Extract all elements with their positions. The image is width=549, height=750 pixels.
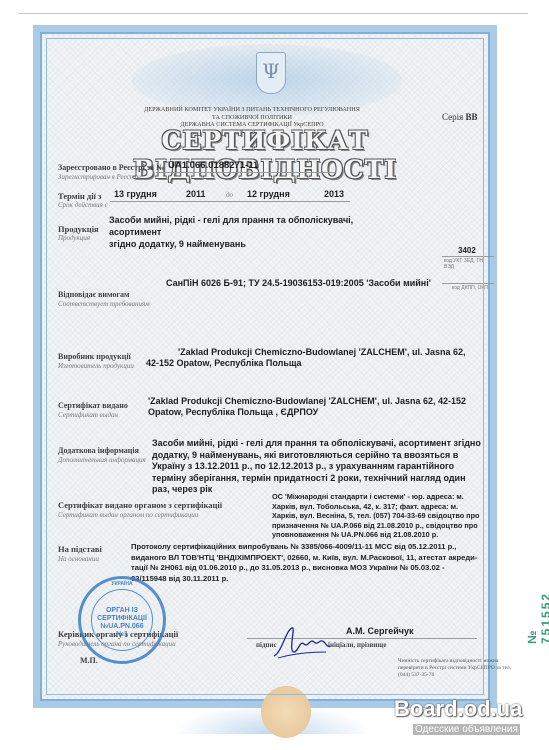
- registry-label-ru: Зарегистрирован в Реестре: [58, 173, 141, 181]
- issued-to-line-2: Opatow, Республіка Польща , ЄДРПОУ: [148, 407, 498, 418]
- additional-info-line: терміну зберігання, термін придатності 2…: [152, 473, 492, 485]
- issued-to-value: 'Zaklad Produkcji Chemiczno-Budowlanej '…: [148, 396, 498, 418]
- product-line-2: згідно додатку, 9 найменувань: [109, 238, 389, 250]
- watermark-title: Board.od.ua: [394, 696, 522, 722]
- basis-label: На підставі: [58, 544, 102, 554]
- certificate-title: СЕРТИФІКАТ ВІДПОВІДНОСТІ: [42, 126, 488, 184]
- validity-from-day: 13 грудня: [114, 189, 157, 200]
- code2-underline: [442, 283, 494, 284]
- validity-to-label: до: [226, 191, 233, 199]
- validity-label-ru: Срок действия с: [58, 201, 108, 209]
- signature-caption: підпис: [256, 641, 277, 649]
- basis-value: Протоколу сертифікаційних випробувань № …: [131, 542, 501, 584]
- stamp-line: №UA.PN.066: [81, 623, 163, 631]
- signature-underline: [247, 638, 477, 639]
- cert-body-line: Харків, вул. Весніна, 5, тел. (057) 704-…: [272, 511, 492, 521]
- org-line-3: ДЕРЖАВНА СИСТЕМА СЕРТИФІКАЦІЇ УкрСЕПРО: [92, 121, 412, 129]
- validity-label: Термін дії з: [58, 191, 101, 201]
- requirements-label: Відповідає вимогам: [58, 290, 129, 299]
- cert-body-line: призначення № UA.P.066 від 21.08.2010 р.…: [272, 521, 492, 531]
- verification-note: Чинність сертифіката відповідності можна…: [398, 658, 518, 679]
- series-label: Серія: [442, 112, 463, 122]
- manufacturer-label: Виробник продукції: [58, 352, 131, 361]
- product-code-caption: код УКТ ЗЕД, ТН ВЭД: [444, 258, 488, 270]
- requirements-value: СанПіН 6026 Б-91; ТУ 24.5-19036153-019:2…: [166, 278, 431, 289]
- registry-label: Зареєстровано в Реєстрі за №: [58, 163, 164, 172]
- manufacturer-line-1: 'Zaklad Produkcji Chemiczno-Budowlanej '…: [146, 347, 496, 358]
- basis-line: Протоколу сертифікаційних випробувань № …: [131, 542, 501, 553]
- basis-line: 03/115948 від 30.11.2011 р.: [131, 574, 501, 585]
- validity-underline: [110, 201, 350, 202]
- validity-to-day: 12 грудня: [247, 189, 290, 200]
- hologram-emblem-icon: [261, 686, 311, 738]
- additional-info-line: раз, через рік: [152, 484, 492, 496]
- cert-body-label: Сертифікат видано органом з сертифікації: [58, 500, 222, 510]
- manufacturer-label-ru: Изготовитель продукции: [58, 362, 134, 370]
- additional-info-value: Засоби мийні, рідкі - гелі для прання та…: [152, 438, 492, 496]
- validity-from-year: 2011: [186, 189, 206, 200]
- watermark-subtitle: Одесские объявления: [413, 724, 520, 735]
- additional-info-label: Додаткова інформація: [58, 446, 139, 455]
- stamp-line: ОРГАН ІЗ: [81, 607, 163, 615]
- issued-to-line-1: 'Zaklad Produkcji Chemiczno-Budowlanej '…: [148, 396, 498, 407]
- registry-number: UA1.066.0188271-11: [168, 160, 258, 171]
- product-code2-caption: код ДКПП, ОКП: [452, 285, 488, 291]
- mp-label: М.П.: [80, 656, 98, 665]
- validity-to-year: 2013: [324, 189, 344, 200]
- product-line-1: Засоби мийні, рідкі - гелі для прання та…: [109, 214, 389, 238]
- org-line-2: ТА СПОЖИВЧОЇ ПОЛІТИКИ: [92, 114, 412, 122]
- cert-body-label-ru: Сертификат выдан органом по сертификации: [58, 511, 198, 519]
- serial-number: № 751552: [525, 592, 549, 644]
- stamp-line: №1: [81, 631, 163, 639]
- cert-body-value: ОС 'Міжнародні стандарти і системи' - юр…: [272, 492, 492, 540]
- stamp-center-text: ОРГАН ІЗСЕРТИФІКАЦІЇ№UA.PN.066№1: [81, 607, 163, 639]
- org-line-1: ДЕРЖАВНИЙ КОМІТЕТ УКРАЇНИ З ПИТАНЬ ТЕХНІ…: [92, 106, 412, 114]
- product-code: 3402: [458, 245, 476, 256]
- stamp-line: СЕРТИФІКАЦІЇ: [81, 615, 163, 623]
- additional-info-label-ru: Дополнительная информация: [58, 456, 146, 464]
- basis-label-ru: На основании: [58, 555, 99, 563]
- stamp-top-text: УКРАЇНА: [81, 581, 163, 587]
- cert-body-line: ОС 'Міжнародні стандарти і системи' - юр…: [272, 492, 492, 502]
- code-underline: [442, 256, 494, 257]
- issued-to-label-ru: Сертификат выдан: [58, 411, 118, 419]
- additional-info-line: Україну з 13.12.2011 р., по 12.12.2013 р…: [152, 461, 492, 473]
- basis-line: тації № 2Н061 від 01.06.2010 р., до 31.0…: [131, 563, 501, 574]
- product-label: Продукція: [58, 224, 99, 234]
- page-edge-line: [18, 13, 528, 14]
- basis-line: виданого ВЛ ТОВ'НТЦ 'ВНДІХІМПРОЕКТ', 026…: [131, 553, 501, 564]
- cert-body-line: уповноваження № UA.PN.066 від 21.08.2010…: [272, 530, 492, 540]
- name-caption: ініціали, прізвище: [328, 641, 386, 649]
- additional-info-line: додатку, 9 найменувань, які виготовляють…: [152, 450, 492, 462]
- manufacturer-line-2: 42-152 Opatow, Республіка Польща: [146, 358, 496, 369]
- product-label-ru: Продукция: [58, 234, 90, 242]
- trident-emblem-icon: Ψ: [256, 52, 286, 94]
- issued-to-label: Сертифікат видано: [58, 401, 128, 410]
- head-name: А.М. Сергейчук: [346, 626, 414, 637]
- manufacturer-value: 'Zaklad Produkcji Chemiczno-Budowlanej '…: [146, 347, 496, 369]
- series-value: ВВ: [466, 112, 478, 122]
- registry-underline: [156, 172, 336, 173]
- top-ornament: [132, 44, 402, 116]
- additional-info-line: Засоби мийні, рідкі - гелі для прання та…: [152, 438, 492, 450]
- series: Серія ВВ: [442, 112, 478, 122]
- issuing-organization: ДЕРЖАВНИЙ КОМІТЕТ УКРАЇНИ З ПИТАНЬ ТЕХНІ…: [92, 106, 412, 129]
- cert-body-line: Харків, вул. Тобольська, 42, к. 317; фак…: [272, 502, 492, 512]
- signature-icon: [268, 622, 334, 662]
- product-value: Засоби мийні, рідкі - гелі для прання та…: [109, 214, 389, 250]
- certification-stamp: УКРАЇНА ОРГАН ІЗСЕРТИФІКАЦІЇ№UA.PN.066№1: [78, 576, 166, 664]
- requirements-label-ru: Соответствует требованиям: [58, 300, 150, 308]
